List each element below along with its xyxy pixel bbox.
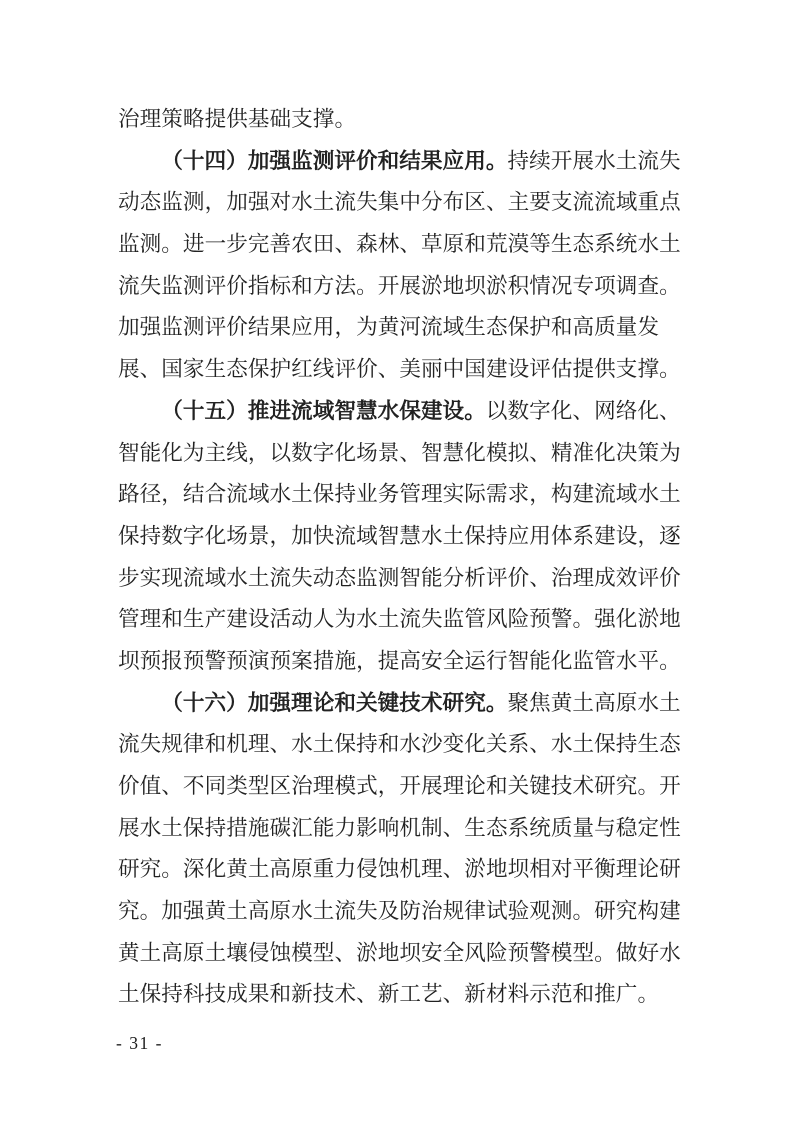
text-line: 展、国家生态保护红线评价、美丽中国建设评估提供支撑。 xyxy=(118,349,684,391)
section-heading: （十六）加强理论和关键技术研究。 xyxy=(161,691,507,715)
section-heading: （十四）加强监测评价和结果应用。 xyxy=(161,149,507,173)
text-line: 智能化为主线，以数字化场景、智慧化模拟、精准化决策为 xyxy=(118,433,684,475)
body-text: 坝预报预警预演预案措施，提高安全运行智能化监管水平。 xyxy=(118,649,681,673)
text-line: 土保持科技成果和新技术、新工艺、新材料示范和推广。 xyxy=(118,974,684,1016)
document-page: 治理策略提供基础支撑。（十四）加强监测评价和结果应用。持续开展水土流失动态监测，… xyxy=(0,0,800,1131)
body-text: 智能化为主线，以数字化场景、智慧化模拟、精准化决策为 xyxy=(118,441,681,465)
body-text: 展水土保持措施碳汇能力影响机制、生态系统质量与稳定性 xyxy=(118,816,681,840)
body-text: 价值、不同类型区治理模式，开展理论和关键技术研究。开 xyxy=(118,774,681,798)
document-body: 治理策略提供基础支撑。（十四）加强监测评价和结果应用。持续开展水土流失动态监测，… xyxy=(118,99,684,1016)
text-line: 价值、不同类型区治理模式，开展理论和关键技术研究。开 xyxy=(118,766,684,808)
text-line: 路径，结合流域水土保持业务管理实际需求，构建流域水土 xyxy=(118,474,684,516)
body-text: 监测。进一步完善农田、森林、草原和荒漠等生态系统水土 xyxy=(118,232,681,256)
body-text: 加强监测评价结果应用，为黄河流域生态保护和高质量发 xyxy=(118,315,659,339)
body-text: 路径，结合流域水土保持业务管理实际需求，构建流域水土 xyxy=(118,482,681,506)
text-line: 加强监测评价结果应用，为黄河流域生态保护和高质量发 xyxy=(118,307,684,349)
body-text: 研究。深化黄土高原重力侵蚀机理、淤地坝相对平衡理论研 xyxy=(118,857,681,881)
text-line: 步实现流域水土流失动态监测智能分析评价、治理成效评价 xyxy=(118,558,684,600)
body-text: 流失规律和机理、水土保持和水沙变化关系、水土保持生态 xyxy=(118,732,681,756)
text-line: 研究。深化黄土高原重力侵蚀机理、淤地坝相对平衡理论研 xyxy=(118,849,684,891)
text-line: 动态监测，加强对水土流失集中分布区、主要支流流域重点 xyxy=(118,182,684,224)
body-text: 究。加强黄土高原水土流失及防治规律试验观测。研究构建 xyxy=(118,899,681,923)
body-text: 流失监测评价指标和方法。开展淤地坝淤积情况专项调查。 xyxy=(118,274,681,298)
text-line: 流失监测评价指标和方法。开展淤地坝淤积情况专项调查。 xyxy=(118,266,684,308)
body-text: 展、国家生态保护红线评价、美丽中国建设评估提供支撑。 xyxy=(118,357,681,381)
body-text: 动态监测，加强对水土流失集中分布区、主要支流流域重点 xyxy=(118,190,681,214)
body-text: 黄土高原土壤侵蚀模型、淤地坝安全风险预警模型。做好水 xyxy=(118,941,681,965)
body-text: 聚焦黄土高原水土 xyxy=(508,691,681,715)
text-line: 监测。进一步完善农田、森林、草原和荒漠等生态系统水土 xyxy=(118,224,684,266)
body-text: 持续开展水土流失 xyxy=(508,149,681,173)
text-line: 展水土保持措施碳汇能力影响机制、生态系统质量与稳定性 xyxy=(118,808,684,850)
text-line: 黄土高原土壤侵蚀模型、淤地坝安全风险预警模型。做好水 xyxy=(118,933,684,975)
body-text: 以数字化、网络化、 xyxy=(486,399,681,423)
body-text: 土保持科技成果和新技术、新工艺、新材料示范和推广。 xyxy=(118,982,659,1006)
body-text: 管理和生产建设活动人为水土流失监管风险预警。强化淤地 xyxy=(118,607,681,631)
text-line: 治理策略提供基础支撑。 xyxy=(118,99,684,141)
text-line: 流失规律和机理、水土保持和水沙变化关系、水土保持生态 xyxy=(118,724,684,766)
text-line: 管理和生产建设活动人为水土流失监管风险预警。强化淤地 xyxy=(118,599,684,641)
text-line: 究。加强黄土高原水土流失及防治规律试验观测。研究构建 xyxy=(118,891,684,933)
section-heading: （十五）推进流域智慧水保建设。 xyxy=(161,399,486,423)
body-text: 保持数字化场景，加快流域智慧水土保持应用体系建设，逐 xyxy=(118,524,681,548)
text-line: 坝预报预警预演预案措施，提高安全运行智能化监管水平。 xyxy=(118,641,684,683)
text-line: （十四）加强监测评价和结果应用。持续开展水土流失 xyxy=(118,141,684,183)
page-number: - 31 - xyxy=(116,1031,163,1055)
text-line: （十五）推进流域智慧水保建设。以数字化、网络化、 xyxy=(118,391,684,433)
text-line: （十六）加强理论和关键技术研究。聚焦黄土高原水土 xyxy=(118,683,684,725)
text-line: 保持数字化场景，加快流域智慧水土保持应用体系建设，逐 xyxy=(118,516,684,558)
body-text: 治理策略提供基础支撑。 xyxy=(118,107,356,131)
body-text: 步实现流域水土流失动态监测智能分析评价、治理成效评价 xyxy=(118,566,681,590)
